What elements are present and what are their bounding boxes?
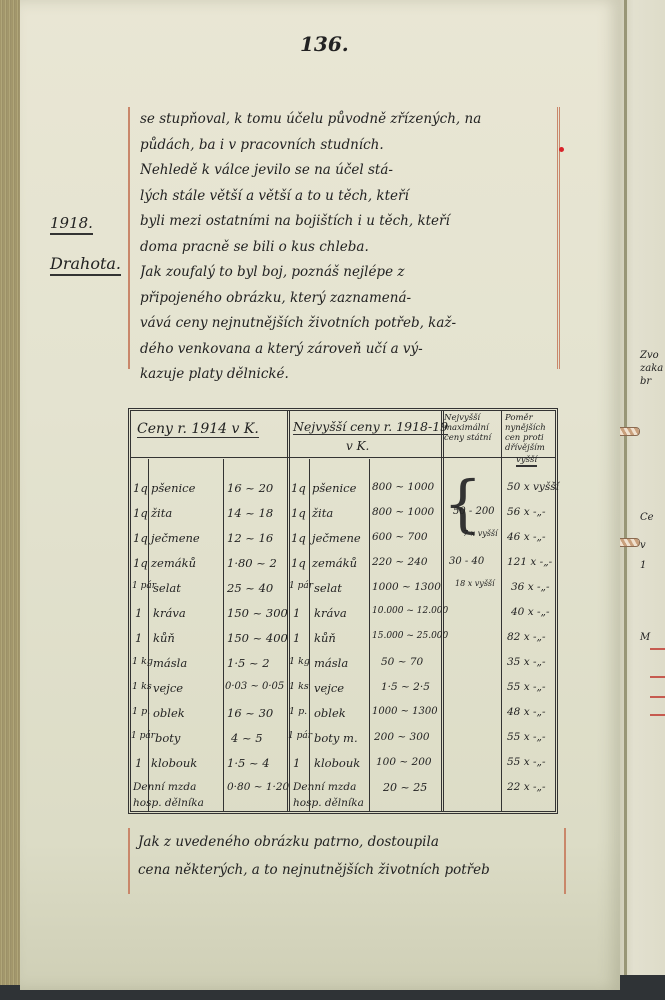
price-1914: 12 ~ 16 <box>227 531 273 545</box>
unit-1914: 1 <box>135 631 142 645</box>
item-1914: pšenice <box>151 481 195 495</box>
price-ratio: 121 x -„- <box>507 556 552 568</box>
state-max-price: 30 - 40 <box>449 556 484 567</box>
header-ratio-note: vyšší <box>516 455 537 467</box>
unit-1914: 1 <box>135 606 142 620</box>
book-page-edges <box>0 0 22 985</box>
item-1914: oblek <box>153 706 185 720</box>
item-1918: ječmene <box>312 531 361 545</box>
header-prices-1918-unit: v K. <box>346 439 369 453</box>
facing-page-red-rule <box>650 696 665 698</box>
table-row: 1 pár selat 25 ~ 40 1 pár selat 1000 ~ 1… <box>131 577 555 602</box>
page-number: 136. <box>300 32 349 56</box>
text-line: kazuje platy dělnické. <box>140 362 547 388</box>
price-1914: 1·5 ~ 2 <box>227 656 270 670</box>
item-1918: másla <box>314 656 348 670</box>
table-row: 1 klobouk 1·5 ~ 4 1 klobouk 100 ~ 200 55… <box>131 752 555 777</box>
unit-1918: 1 pár <box>288 731 312 741</box>
unit-1918: 1q <box>291 481 306 495</box>
table-row: 1q pšenice 16 ~ 20 1q pšenice 800 ~ 1000… <box>131 477 555 502</box>
price-1918: 220 ~ 240 <box>372 556 428 568</box>
price-ratio: 40 x -„- <box>511 606 550 618</box>
text-line: byli mezi ostatními na bojištích i u těc… <box>140 209 547 235</box>
facing-page-red-rule <box>650 714 665 716</box>
book-gutter <box>624 0 627 975</box>
chronicle-paragraph: se stupňoval, k tomu účelu původně zříze… <box>128 107 560 369</box>
price-1918: 800 ~ 1000 <box>372 481 434 493</box>
price-1918: 100 ~ 200 <box>376 756 432 768</box>
item-1914: klobouk <box>151 756 197 770</box>
facing-page-fragment: zaka <box>640 363 663 374</box>
item-1914: Denní mzda <box>133 781 196 793</box>
unit-1918: 1 <box>293 606 300 620</box>
unit-1918: 1 p. <box>289 706 307 717</box>
item-1914: žita <box>151 506 172 520</box>
text-line: Jak z uvedeného obrázku patrno, dostoupi… <box>138 828 556 856</box>
state-max-price: 50 - 200 <box>453 506 495 517</box>
facing-page-fragment: v <box>640 540 646 551</box>
price-1914: 25 ~ 40 <box>227 581 273 595</box>
item-1914: ječmene <box>151 531 200 545</box>
text-line: dého venkovana a který zároveň učí a vý- <box>140 337 547 363</box>
price-ratio: 48 x -„- <box>507 706 546 718</box>
price-1914: 0·80 ~ 1·20 <box>227 781 289 793</box>
item-1914: kůň <box>153 631 175 645</box>
price-comparison-table: Ceny r. 1914 v K. Nejvyšší ceny r. 1918-… <box>128 408 558 814</box>
item-1914: kráva <box>153 606 186 620</box>
unit-1914: 1 ks <box>132 681 152 692</box>
unit-1918: 1q <box>291 506 306 520</box>
price-ratio: 56 x -„- <box>507 506 546 518</box>
facing-page-fragment: 1 <box>640 560 646 571</box>
item-1918: zemáků <box>312 556 357 570</box>
item-1918: žita <box>312 506 333 520</box>
unit-1914: 1 kg <box>132 656 153 667</box>
unit-1914: 1 pár <box>131 731 155 741</box>
table-row: 1 kráva 150 ~ 300 1 kráva 10.000 ~ 12.00… <box>131 602 555 627</box>
unit-1914: 1 <box>135 756 142 770</box>
facing-page-fragment: Ce <box>640 512 654 523</box>
price-1914: 14 ~ 18 <box>227 506 273 520</box>
price-ratio: 35 x -„- <box>507 656 546 668</box>
price-1918: 800 ~ 1000 <box>372 506 434 518</box>
price-1914: 16 ~ 20 <box>227 481 273 495</box>
header-prices-1918: Nejvyšší ceny r. 1918-19 <box>293 419 448 435</box>
item-1918: kůň <box>314 631 336 645</box>
price-1918: 600 ~ 700 <box>372 531 428 543</box>
price-1918: 1000 ~ 1300 <box>372 581 441 593</box>
item-1918: vejce <box>314 681 344 695</box>
price-1914: 0·03 ~ 0·05 <box>225 681 284 692</box>
text-line: připojeného obrázku, který zaznamená- <box>140 286 547 312</box>
price-1914: 150 ~ 400 <box>227 631 288 645</box>
unit-1914: 1q <box>133 531 148 545</box>
text-line: lých stále větší a větší a to u těch, kt… <box>140 184 547 210</box>
price-1914: 150 ~ 300 <box>227 606 288 620</box>
price-ratio: 55 x -„- <box>507 731 546 743</box>
header-state-max: Nejvyšší maximální ceny státní <box>444 413 500 443</box>
price-1914: 16 ~ 30 <box>227 706 273 720</box>
closing-paragraph: Jak z uvedeného obrázku patrno, dostoupi… <box>128 828 566 894</box>
table-row: 1q ječmene 12 ~ 16 1q ječmene 600 ~ 700 … <box>131 527 555 552</box>
unit-1918: 1 pár <box>289 581 313 591</box>
table-row: 1q zemáků 1·80 ~ 2 1q zemáků 220 ~ 240 3… <box>131 552 555 577</box>
unit-1918: 1q <box>291 531 306 545</box>
table-row: 1q žita 14 ~ 18 1q žita 800 ~ 1000 50 - … <box>131 502 555 527</box>
facing-page-red-rule <box>650 648 665 650</box>
margin-note-topic: Drahota. <box>50 254 121 276</box>
facing-page-fragment: br <box>640 376 651 387</box>
table-row: 1 p. oblek 16 ~ 30 1 p. oblek 1000 ~ 130… <box>131 702 555 727</box>
text-line: se stupňoval, k tomu účelu původně zříze… <box>140 107 547 133</box>
price-ratio: 82 x -„- <box>507 631 546 643</box>
item-1918: klobouk <box>314 756 360 770</box>
table-row: 1 kůň 150 ~ 400 1 kůň 15.000 ~ 25.000 82… <box>131 627 555 652</box>
item-1914: selat <box>153 581 181 595</box>
price-1918: 1·5 ~ 2·5 <box>381 681 430 693</box>
header-rule <box>131 457 555 458</box>
item-1914: vejce <box>153 681 183 695</box>
item-1918: pšenice <box>312 481 356 495</box>
facing-page-fragment: M <box>640 632 650 643</box>
text-line: půdách, ba i v pracovních studních. <box>140 133 547 159</box>
table-row: 1 ks vejce 0·03 ~ 0·05 1 ks vejce 1·5 ~ … <box>131 677 555 702</box>
facing-page-fragment: Zvo <box>640 350 659 361</box>
price-ratio: 46 x -„- <box>507 531 546 543</box>
item-1918: boty m. <box>314 731 358 745</box>
unit-1918: 1q <box>291 556 306 570</box>
item-1914: másla <box>153 656 187 670</box>
item-1914: hosp. dělníka <box>133 797 204 809</box>
price-ratio: 36 x -„- <box>511 581 550 593</box>
item-1914: boty <box>155 731 180 745</box>
price-1918: 1000 ~ 1300 <box>372 706 438 717</box>
table-row: 1 kg másla 1·5 ~ 2 1 kg másla 50 ~ 70 35… <box>131 652 555 677</box>
header-prices-1914: Ceny r. 1914 v K. <box>137 421 259 438</box>
unit-1918: 1 ks <box>289 681 309 692</box>
price-1914: 1·5 ~ 4 <box>227 756 270 770</box>
state-max-note: 18 x vyšší <box>455 579 495 588</box>
table-row: hosp. dělníka hosp. dělníka <box>131 793 555 818</box>
item-1918: hosp. dělníka <box>293 797 364 809</box>
price-ratio: 22 x -„- <box>507 781 546 793</box>
price-ratio: 55 x -„- <box>507 756 546 768</box>
unit-1914: 1q <box>133 481 148 495</box>
red-ink-mark <box>559 147 564 152</box>
item-1918: kráva <box>314 606 347 620</box>
text-line: cena některých, a to nejnutnějších život… <box>138 856 556 884</box>
unit-1918: 1 <box>293 756 300 770</box>
price-1914: 1·80 ~ 2 <box>227 556 277 570</box>
text-line: vává ceny nejnutnějších životních potřeb… <box>140 311 547 337</box>
price-1918: 50 ~ 70 <box>381 656 423 668</box>
unit-1914: 1q <box>133 556 148 570</box>
item-1918: oblek <box>314 706 346 720</box>
price-1918: 200 ~ 300 <box>374 731 430 743</box>
unit-1914: 1q <box>133 506 148 520</box>
item-1918: Denní mzda <box>293 781 356 793</box>
table-row: 1 pár boty 4 ~ 5 1 pár boty m. 200 ~ 300… <box>131 727 555 752</box>
price-ratio: 50 x vyšší <box>507 481 559 493</box>
item-1914: zemáků <box>151 556 196 570</box>
unit-1914: 1 p. <box>132 706 150 717</box>
price-1918: 10.000 ~ 12.000 <box>372 606 448 616</box>
text-line: Jak zoufalý to byl boj, poznáš nejlépe z <box>140 260 547 286</box>
text-line: doma pracně se bili o kus chleba. <box>140 235 547 261</box>
margin-note-year: 1918. <box>50 214 93 235</box>
item-1918: selat <box>314 581 342 595</box>
state-max-note: 7 x vyšší <box>463 529 498 538</box>
text-line: Nehledě k válce jevilo se na účel stá- <box>140 158 547 184</box>
price-1918: 15.000 ~ 25.000 <box>372 631 448 641</box>
header-ratio: Poměr nynějších cen proti dřívějším <box>505 413 557 453</box>
facing-page-red-rule <box>650 676 665 678</box>
price-1914: 4 ~ 5 <box>231 731 263 745</box>
unit-1918: 1 <box>293 631 300 645</box>
unit-1918: 1 kg <box>289 656 310 667</box>
price-ratio: 55 x -„- <box>507 681 546 693</box>
